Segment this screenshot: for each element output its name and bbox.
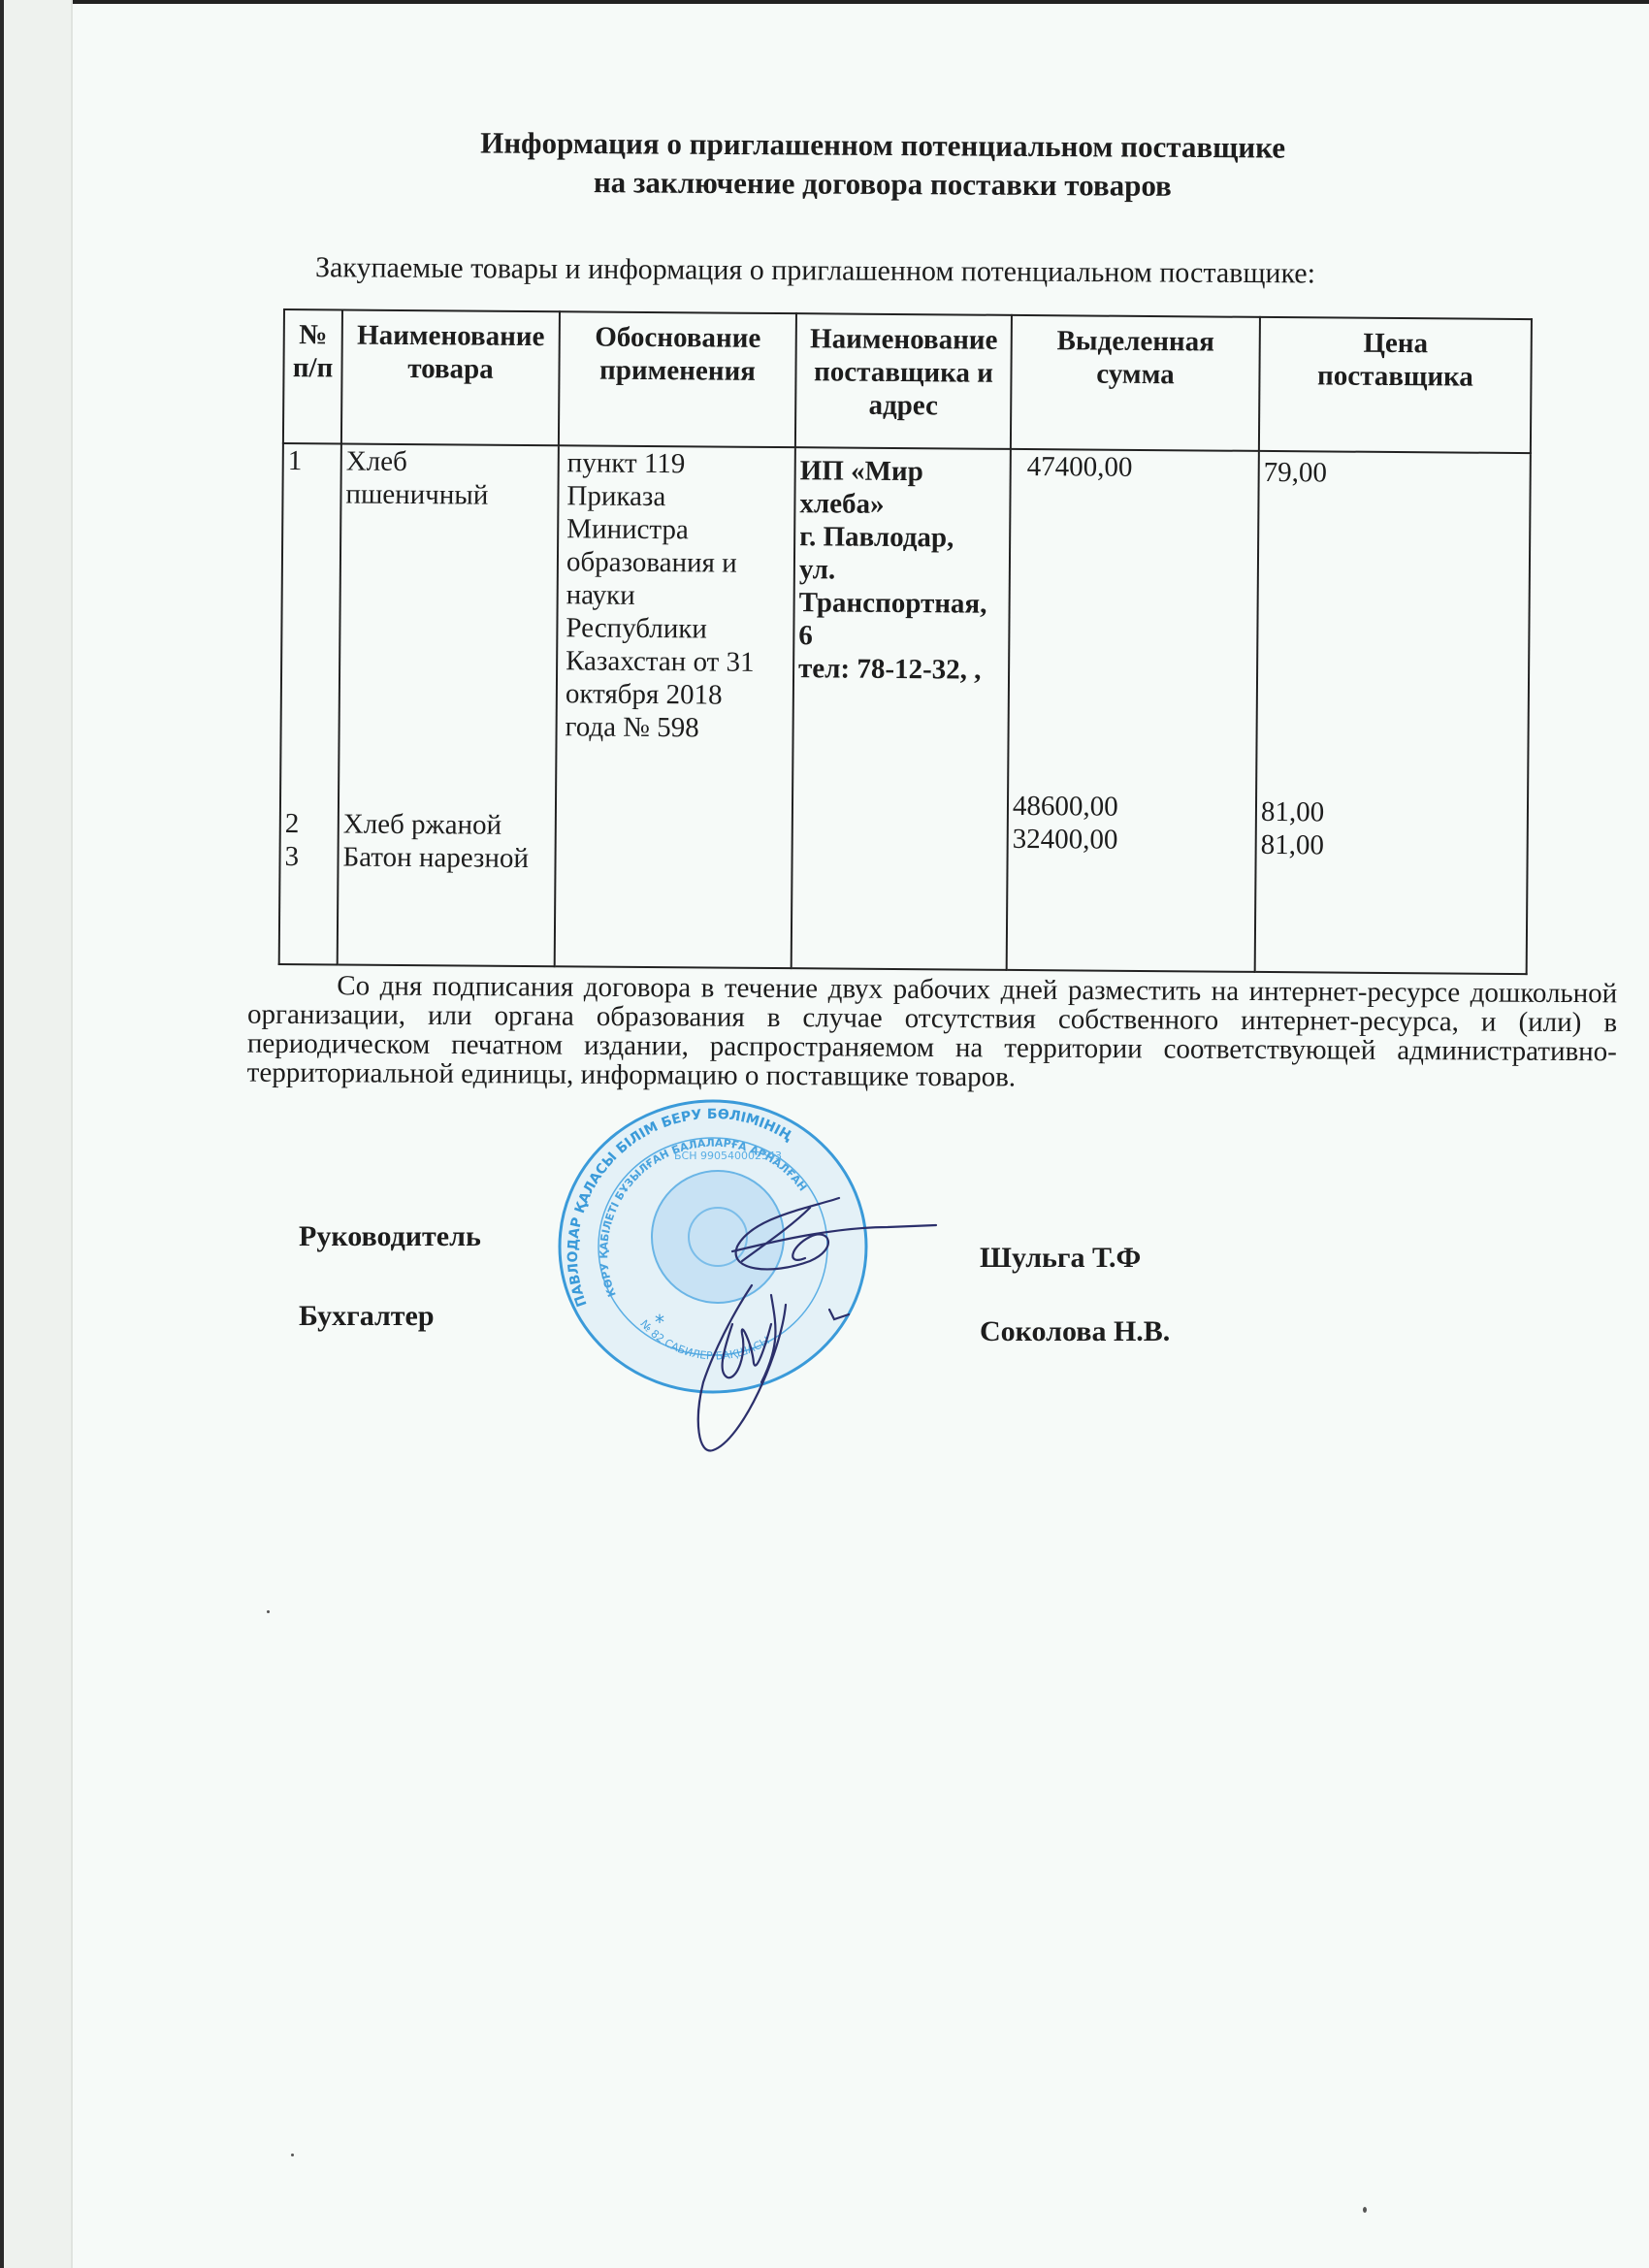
goods-table: № п/п Наименование товара Обоснование пр… [278,308,1533,975]
table-header-row: № п/п Наименование товара Обоснование пр… [283,309,1532,453]
accountant-name: Соколова Н.В. [980,1315,1170,1348]
basis-line: науки [566,578,790,613]
handwritten-signatures-icon [694,1188,1004,1479]
spacer [285,477,337,807]
cell-supplier: ИП «Мир хлеба» г. Павлодар, ул. Транспор… [792,447,1011,970]
publication-paragraph: Со дня подписания договора в течение дву… [247,971,1618,1096]
row-3-sum: 32400,00 [1013,823,1251,858]
header-sum: Выделенная сумма [1011,315,1260,451]
supplier-line: Транспортная, [799,586,1005,621]
header-name: Наименование товара [341,309,560,445]
basis-line: Республики [566,611,789,646]
header-sum-line: Выделенная [1017,324,1255,359]
header-sum-line: сумма [1016,357,1254,392]
header-num-line: № [285,318,341,351]
scan-speck [291,2154,294,2156]
header-price: Цена поставщика [1259,317,1532,453]
row-1-name-line-2: пшеничный [345,478,553,513]
header-basis-line: Обоснование [565,320,792,355]
header-price-line: поставщика [1264,359,1526,394]
header-supplier-line: адрес [796,388,1010,423]
basis-line: Казахстан от 31 [566,644,789,679]
row-3-num: 3 [284,840,333,873]
row-2-price: 81,00 [1261,795,1523,830]
cell-allocated-sums: 47400,00 48600,00 32400,00 [1007,449,1259,972]
document-title: Информация о приглашенном потенциальном … [364,123,1402,208]
cell-numbers: 1 2 3 [279,443,341,964]
header-price-line: Цена [1265,326,1527,361]
row-2-name: Хлеб ржаной [343,808,551,843]
row-3-name: Батон нарезной [342,841,550,876]
accountant-label: Бухгалтер [299,1300,435,1333]
scan-speck [267,1610,270,1613]
header-name-line: Наименование [343,318,559,353]
document-page: Информация о приглашенном потенциальном … [73,0,1649,2268]
header-supplier-line: Наименование [797,322,1011,357]
header-basis-line: применения [564,353,791,388]
basis-line: октября 2018 [566,677,789,712]
paragraph-text: Со дня подписания договора в течение дву… [247,970,1618,1092]
head-label: Руководитель [299,1220,481,1253]
basis-line: пункт 119 [567,446,791,481]
row-3-price: 81,00 [1261,828,1523,863]
header-num-line: п/п [284,351,340,384]
scan-speck [1363,2207,1367,2213]
basis-line: Приказа [566,479,790,514]
header-basis: Обоснование применения [559,311,796,447]
cell-basis: пункт 119 Приказа Министра образования и… [555,445,795,968]
supplier-line: хлеба» [799,487,1005,522]
header-num: № п/п [283,309,342,443]
cell-supplier-prices: 79,00 81,00 81,00 [1255,451,1531,974]
svg-text:*: * [655,1311,664,1334]
header-supplier: Наименование поставщика и адрес [795,313,1012,449]
scan-left-edge [0,0,73,2268]
spacer [1013,483,1253,792]
cell-goods-names: Хлеб пшеничный Хлеб ржаной Батон нарезно… [338,443,559,966]
supplier-line: г. Павлодар, [799,520,1005,555]
goods-table-wrapper: № п/п Наименование товара Обоснование пр… [278,308,1531,980]
basis-line: Министра [566,512,790,547]
intro-text: Закупаемые товары и информация о приглаш… [315,250,1528,293]
supplier-line: ИП «Мир [800,454,1006,489]
row-2-sum: 48600,00 [1013,790,1251,825]
header-name-line: товара [342,351,558,386]
row-1-name-line-1: Хлеб [346,445,554,480]
title-line-1: Информация о приглашенном потенциальном … [364,123,1402,169]
table-body-row: 1 2 3 Хлеб пшеничный Хлеб ржаной Батон н… [279,443,1531,974]
supplier-line: тел: 78-12-32, , [798,652,1004,687]
spacer [343,511,553,810]
supplier-line: ул. [799,553,1005,588]
row-1-sum: 47400,00 [1016,450,1254,485]
basis-line: года № 598 [565,710,788,745]
basis-line: образования и [566,545,790,580]
row-1-price: 79,00 [1264,456,1526,491]
title-line-2: на заключение договора поставки товаров [364,162,1402,208]
header-supplier-line: поставщика и [796,355,1010,390]
svg-text:БСН 990540002543: БСН 990540002543 [674,1150,782,1162]
spacer [1261,489,1525,797]
row-1-num: 1 [288,444,337,477]
supplier-line: 6 [798,619,1004,654]
row-2-num: 2 [285,807,334,840]
